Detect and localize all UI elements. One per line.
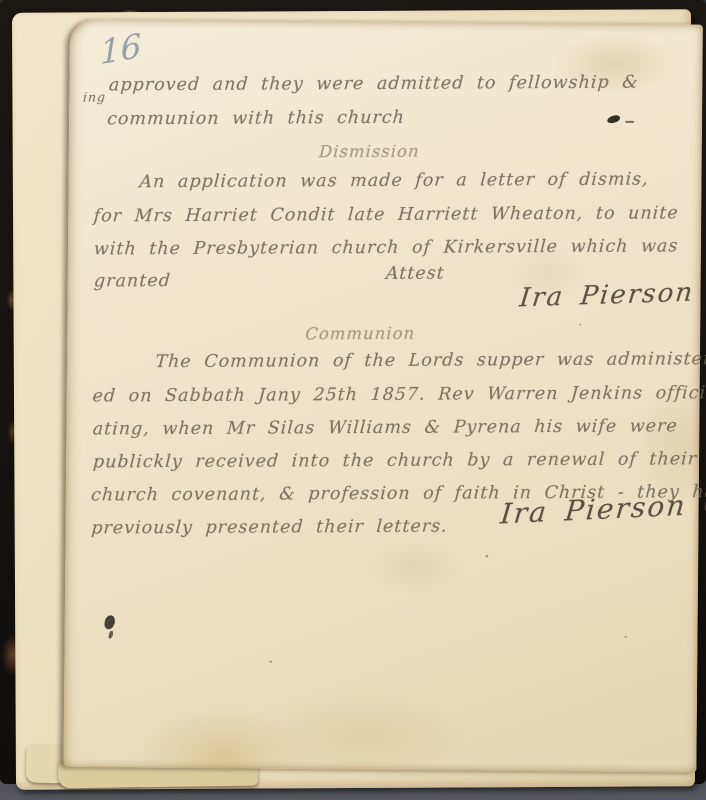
handwriting-line: with the Presbyterian church of Kirkersv… <box>93 236 679 260</box>
margin-word-fragment: ing <box>83 89 107 104</box>
handwriting-line: ed on Sabbath Jany 25th 1857. Rev Warren… <box>92 383 706 407</box>
handwriting-line: An application was made for a letter of … <box>139 170 650 194</box>
handwriting-line: publickly received into the church by a … <box>92 449 697 473</box>
handwriting-line: communion with this church <box>106 108 405 131</box>
attest-label: Attest <box>385 264 445 285</box>
handwriting-line: The Communion of the Lords supper was ad… <box>155 349 706 373</box>
manuscript-page: 16 ing approved and they were admitted t… <box>63 19 703 772</box>
section-heading-dismission: Dismission <box>219 141 520 162</box>
clerk-signature: Ira Pierson Clk <box>438 275 706 317</box>
section-heading-communion: Communion <box>250 323 471 344</box>
handwriting-line: for Mrs Harriet Condit late Harriett Whe… <box>93 203 679 227</box>
paper-speck <box>269 661 272 663</box>
handwriting-line: approved and they were admitted to fello… <box>108 73 639 97</box>
paper-speck <box>625 636 627 638</box>
paper-speck <box>579 323 581 325</box>
ink-blot-dash <box>625 121 634 123</box>
handwriting-line: ating, when Mr Silas Williams & Pyrena h… <box>92 416 678 440</box>
book-photo: 16 ing approved and they were admitted t… <box>0 0 706 800</box>
paper-speck <box>485 555 488 558</box>
handwriting-line: granted <box>93 271 171 292</box>
handwriting-layer: ing approved and they were admitted to f… <box>69 16 706 767</box>
